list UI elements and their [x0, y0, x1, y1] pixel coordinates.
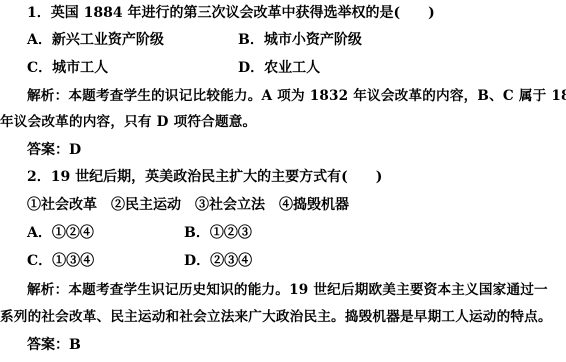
question-1-options-row-1: A．新兴工业资产阶级 B．城市小资产阶级 [0, 31, 566, 49]
question-2-stem: 2．19 世纪后期，英美政治民主扩大的主要方式有( ) [27, 168, 382, 186]
question-2-explanation-line-1: 解析：本题考查学生识记历史知识的能力。19 世纪后期欧美主要资本主义国家通过一 [27, 281, 548, 299]
question-1-stem: 1．英国 1884 年进行的第三次议会改革中获得选举权的是( ) [27, 4, 435, 22]
question-2-answer: 答案：B [27, 336, 81, 354]
question-1-explanation-line-2: 年议会改革的内容，只有 D 项符合题意。 [0, 113, 256, 131]
question-2-statements: ①社会改革 ②民主运动 ③社会立法 ④捣毁机器 [27, 196, 349, 214]
question-2-options-row-2: C．①③④ D．②③④ [0, 252, 566, 270]
question-2-explanation-line-2: 系列的社会改革、民主运动和社会立法来广大政治民主。捣毁机器是早期工人运动的特点。 [0, 308, 552, 326]
option-a: A．新兴工业资产阶级 [27, 31, 164, 49]
question-1-options-row-2: C．城市工人 D．农业工人 [0, 59, 566, 77]
option-b: B．①②③ [184, 224, 252, 242]
option-b: B．城市小资产阶级 [238, 31, 362, 49]
option-d: D．农业工人 [238, 59, 320, 77]
question-1-answer: 答案：D [27, 141, 81, 159]
option-a: A．①②④ [27, 224, 94, 242]
option-c: C．城市工人 [27, 59, 108, 77]
question-1-explanation-line-1: 解析：本题考查学生的识记比较能力。A 项为 1832 年议会改革的内容，B、C … [27, 87, 566, 105]
option-c: C．①③④ [27, 252, 94, 270]
question-2-options-row-1: A．①②④ B．①②③ [0, 224, 566, 242]
option-d: D．②③④ [184, 252, 252, 270]
